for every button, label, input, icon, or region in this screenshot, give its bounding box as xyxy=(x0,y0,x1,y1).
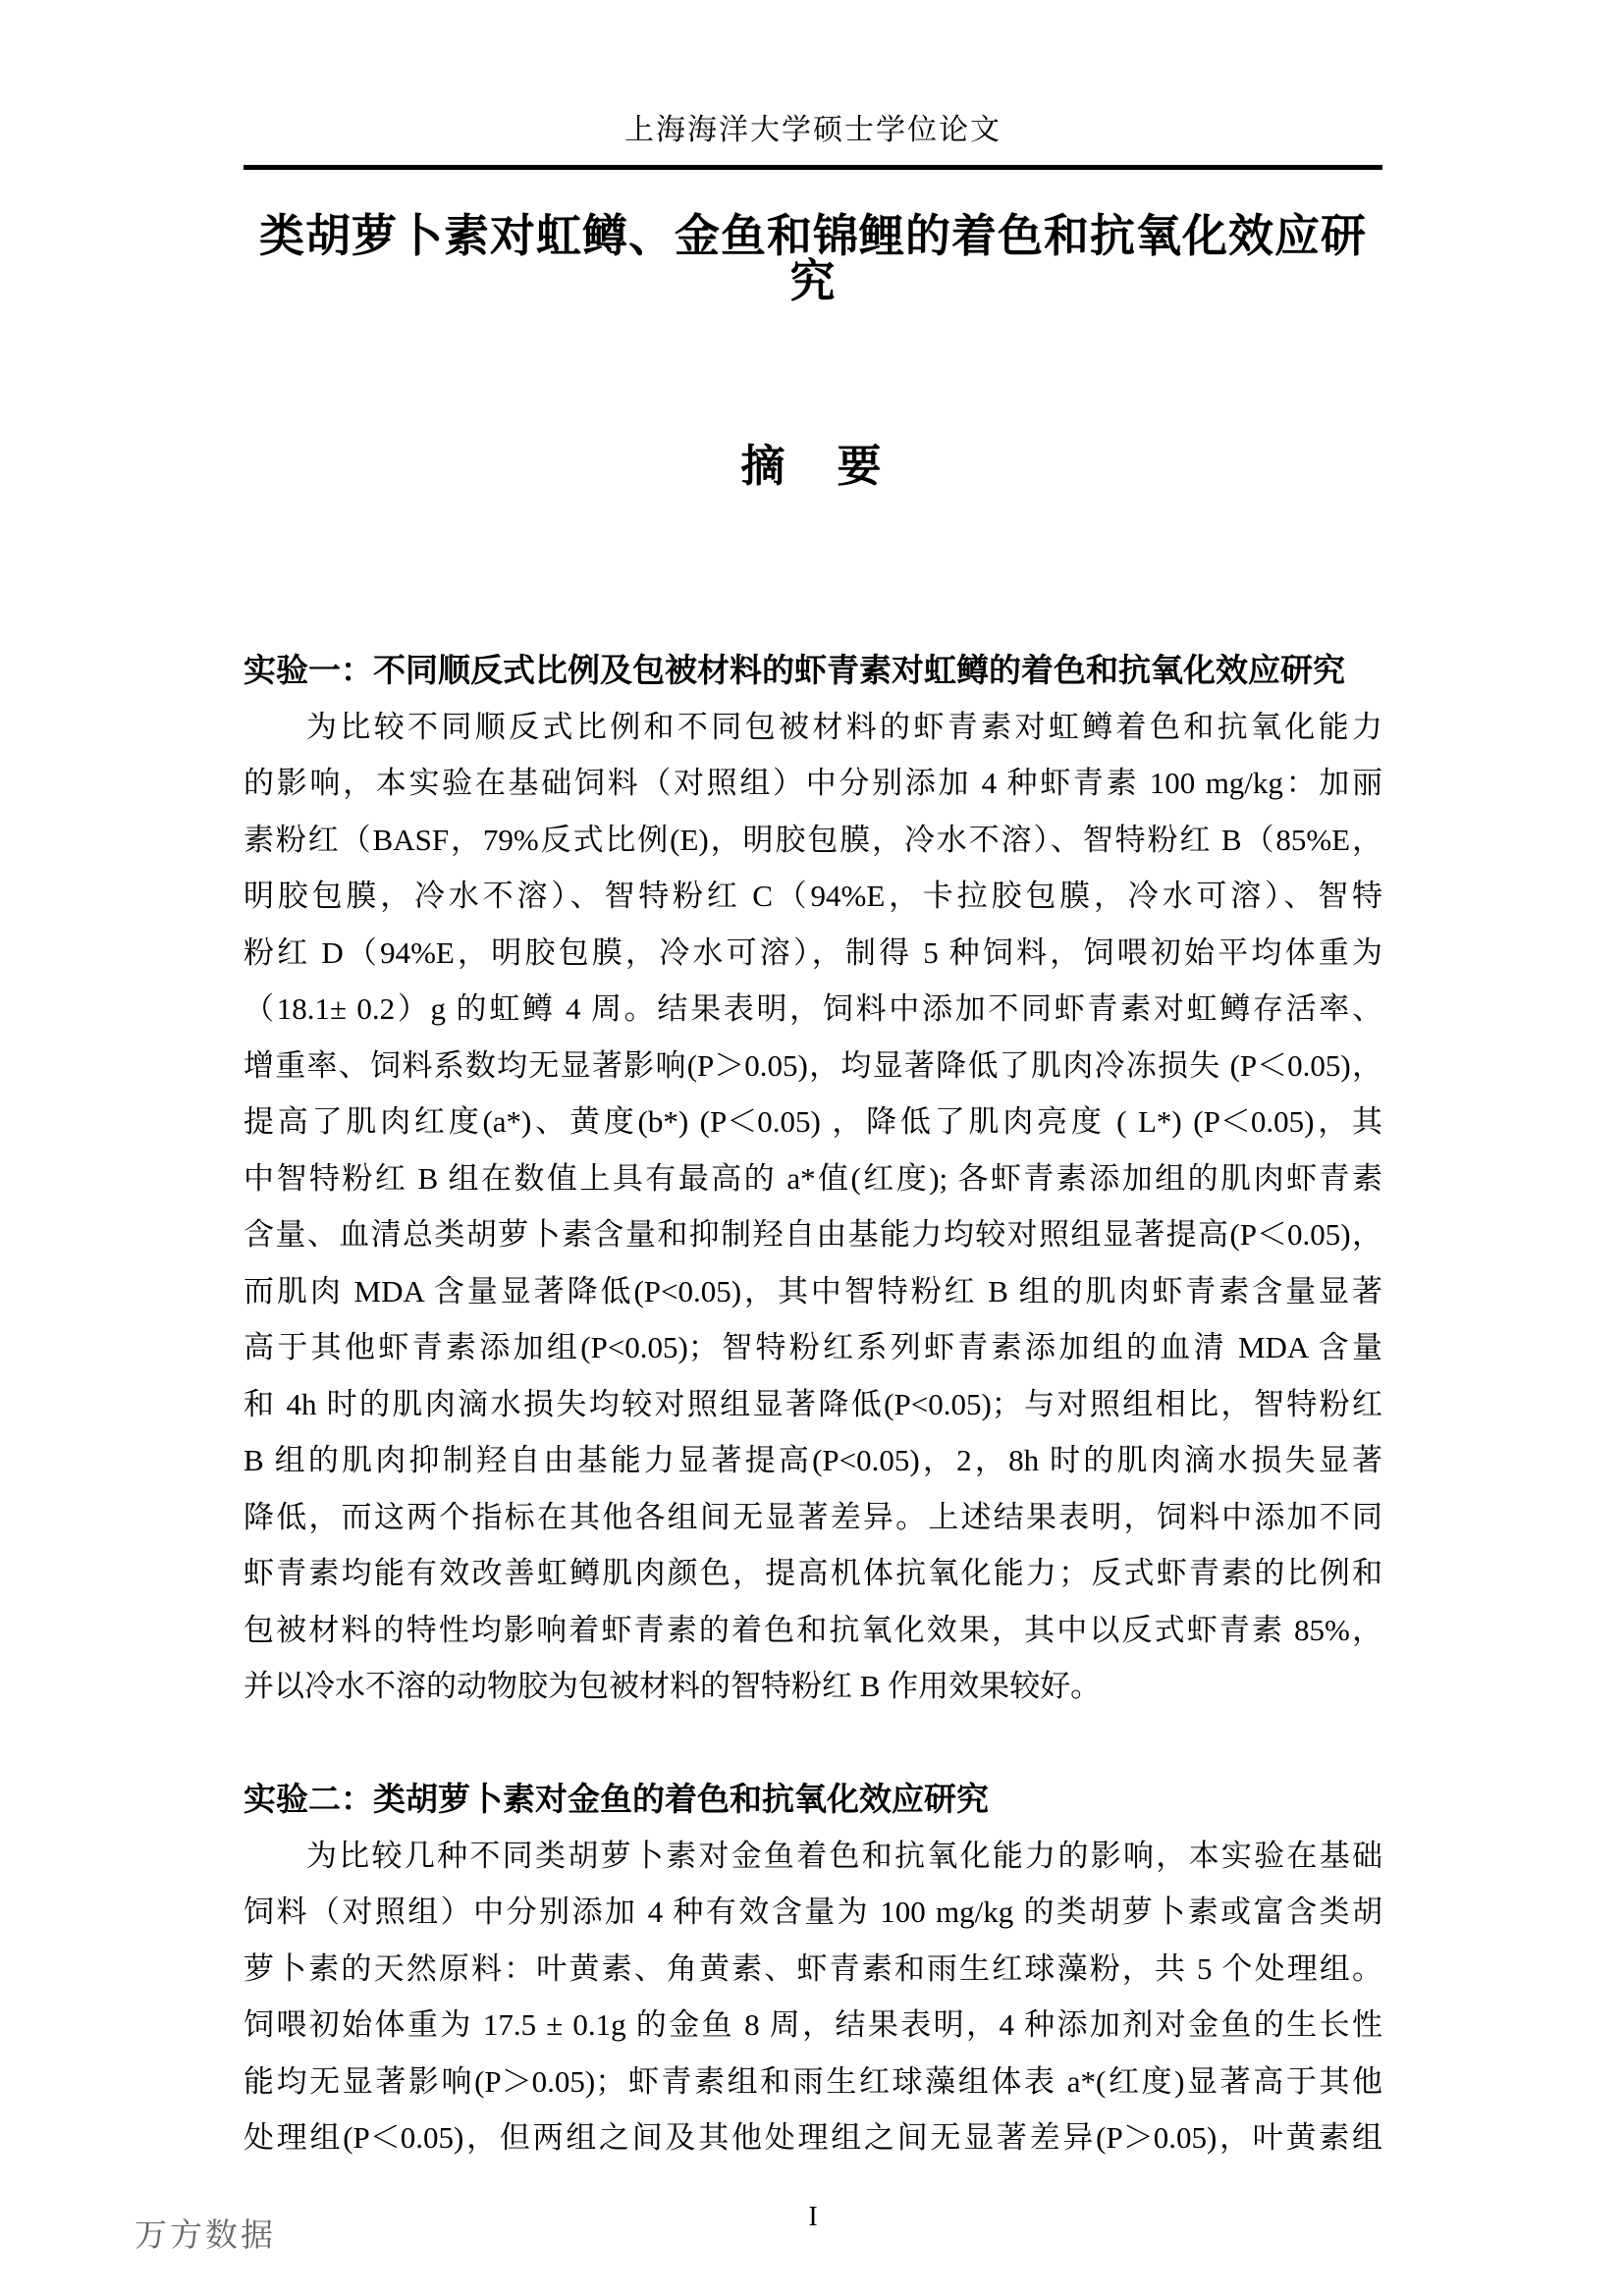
page-content: 上海海洋大学硕士学位论文 类胡萝卜素对虹鳟、金鱼和锦鲤的着色和抗氧化效应研究 摘… xyxy=(244,0,1382,2231)
blank-line xyxy=(244,1715,1382,1772)
thesis-page: 上海海洋大学硕士学位论文 类胡萝卜素对虹鳟、金鱼和锦鲤的着色和抗氧化效应研究 摘… xyxy=(0,0,1624,2296)
abstract-line: 和 4h 时的肌肉滴水损失均较对照组显著降低(P<0.05)；与对照组相比，智特… xyxy=(244,1376,1382,1433)
wanfang-watermark: 万方数据 xyxy=(135,2220,276,2253)
abstract-line: 含量、血清总类胡萝卜素含量和抑制羟自由基能力均较对照组显著提高(P＜0.05)， xyxy=(244,1206,1382,1263)
thesis-title: 类胡萝卜素对虹鳟、金鱼和锦鲤的着色和抗氧化效应研究 xyxy=(244,213,1382,303)
abstract-line: 增重率、饲料系数均无显著影响(P＞0.05)，均显著降低了肌肉冷冻损失 (P＜0… xyxy=(244,1038,1382,1095)
abstract-line: 提高了肌肉红度(a*)、黄度(b*) (P＜0.05) ，降低了肌肉亮度 ( L… xyxy=(244,1094,1382,1150)
abstract-line: 能均无显著影响(P＞0.05)；虾青素组和雨生红球藻组体表 a*(红度)显著高于… xyxy=(244,2054,1382,2110)
abstract-line: 为比较几种不同类胡萝卜素对金鱼着色和抗氧化能力的影响，本实验在基础 xyxy=(244,1828,1382,1885)
abstract-line: 包被材料的特性均影响着虾青素的着色和抗氧化效果，其中以反式虾青素 85%， xyxy=(244,1602,1382,1659)
abstract-line: 高于其他虾青素添加组(P<0.05)；智特粉红系列虾青素添加组的血清 MDA 含… xyxy=(244,1319,1382,1376)
abstract-line: 而肌肉 MDA 含量显著降低(P<0.05)，其中智特粉红 B 组的肌肉虾青素含… xyxy=(244,1263,1382,1320)
section-1-heading: 实验一：不同顺反式比例及包被材料的虾青素对虹鳟的着色和抗氧化效应研究 xyxy=(244,642,1382,699)
abstract-line: 的影响，本实验在基础饲料（对照组）中分别添加 4 种虾青素 100 mg/kg：… xyxy=(244,755,1382,812)
abstract-line: 萝卜素的天然原料：叶黄素、角黄素、虾青素和雨生红球藻粉，共 5 个处理组。 xyxy=(244,1941,1382,1998)
running-head: 上海海洋大学硕士学位论文 xyxy=(244,116,1382,145)
abstract-line: 降低，而这两个指标在其他各组间无显著差异。上述结果表明，饲料中添加不同 xyxy=(244,1489,1382,1546)
abstract-body: 实验一：不同顺反式比例及包被材料的虾青素对虹鳟的着色和抗氧化效应研究 为比较不同… xyxy=(244,642,1382,2166)
abstract-line: 处理组(P＜0.05)，但两组之间及其他处理组之间无显著差异(P＞0.05)，叶… xyxy=(244,2109,1382,2166)
abstract-line: 明胶包膜，冷水不溶）、智特粉红 C（94%E，卡拉胶包膜，冷水可溶）、智特 xyxy=(244,868,1382,925)
header-rule xyxy=(244,165,1382,170)
abstract-line: 并以冷水不溶的动物胶为包被材料的智特粉红 B 作用效果较好。 xyxy=(244,1658,1382,1715)
section-2-heading: 实验二：类胡萝卜素对金鱼的着色和抗氧化效应研究 xyxy=(244,1771,1382,1828)
abstract-heading: 摘 要 xyxy=(244,445,1382,489)
abstract-line: 虾青素均能有效改善虹鳟肌肉颜色，提高机体抗氧化能力；反式虾青素的比例和 xyxy=(244,1545,1382,1602)
abstract-line: 为比较不同顺反式比例和不同包被材料的虾青素对虹鳟着色和抗氧化能力 xyxy=(244,699,1382,756)
abstract-line: 粉红 D（94%E，明胶包膜，冷水可溶），制得 5 种饲料，饲喂初始平均体重为 xyxy=(244,925,1382,982)
abstract-line: 饲喂初始体重为 17.5 ± 0.1g 的金鱼 8 周，结果表明，4 种添加剂对… xyxy=(244,1997,1382,2054)
page-number: I xyxy=(244,2204,1382,2231)
abstract-line: 素粉红（BASF，79%反式比例(E)，明胶包膜，冷水不溶）、智特粉红 B（85… xyxy=(244,812,1382,869)
abstract-line: B 组的肌肉抑制羟自由基能力显著提高(P<0.05)，2，8h 时的肌肉滴水损失… xyxy=(244,1432,1382,1489)
abstract-line: 中智特粉红 B 组在数值上具有最高的 a*值(红度); 各虾青素添加组的肌肉虾青… xyxy=(244,1150,1382,1207)
abstract-line: （18.1± 0.2）g 的虹鳟 4 周。结果表明，饲料中添加不同虾青素对虹鳟存… xyxy=(244,981,1382,1038)
abstract-line: 饲料（对照组）中分别添加 4 种有效含量为 100 mg/kg 的类胡萝卜素或富… xyxy=(244,1884,1382,1941)
